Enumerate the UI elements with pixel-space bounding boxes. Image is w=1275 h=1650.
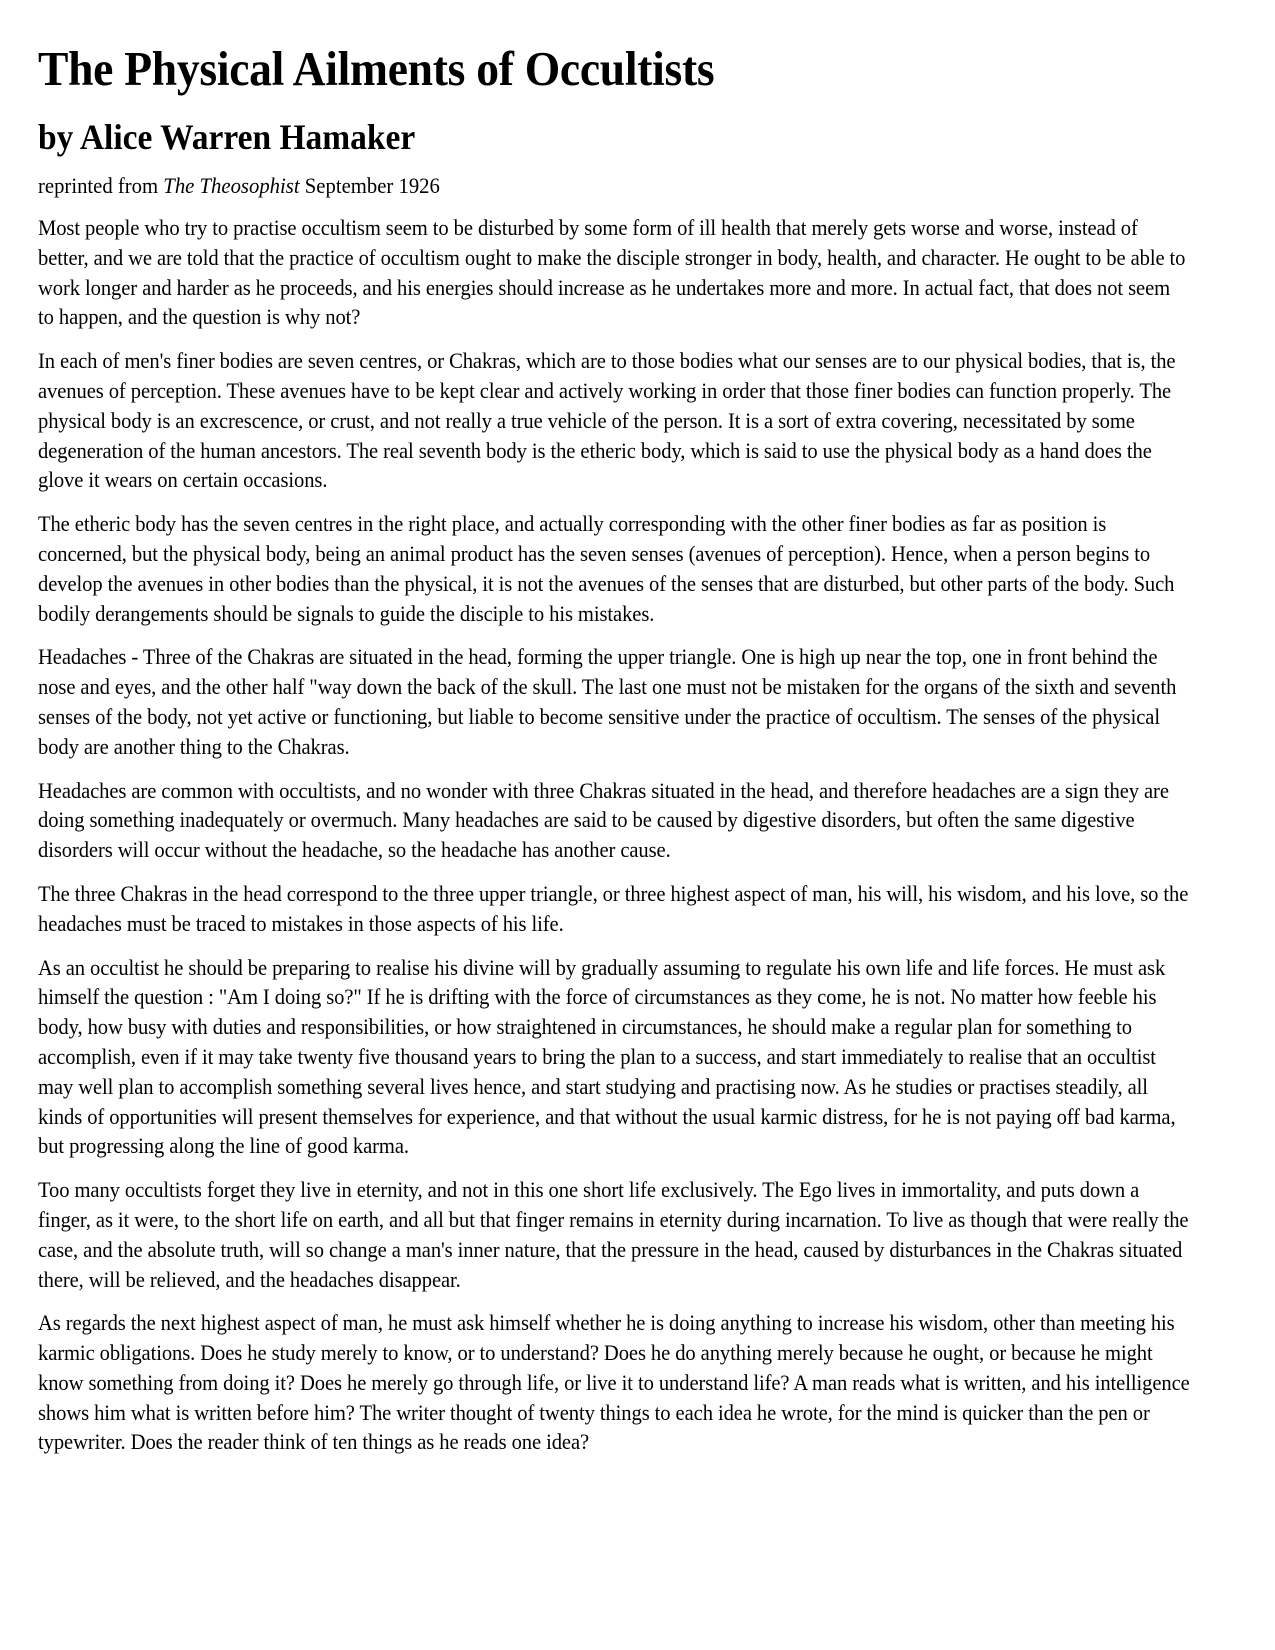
source-date: September 1926 (305, 173, 440, 198)
article-body: Most people who try to practise occultis… (38, 213, 1191, 1457)
paragraph: In each of men's finer bodies are seven … (38, 346, 1191, 495)
source-publication: The Theosophist (163, 173, 299, 198)
document-page: The Physical Ailments of Occultists by A… (0, 0, 1275, 1457)
paragraph: As an occultist he should be preparing t… (38, 953, 1191, 1162)
source-prefix: reprinted from (38, 173, 158, 198)
paragraph: Most people who try to practise occultis… (38, 213, 1191, 332)
source-citation: reprinted from The Theosophist September… (38, 171, 1139, 201)
paragraph: The three Chakras in the head correspond… (38, 879, 1191, 939)
paragraph: Headaches - Three of the Chakras are sit… (38, 642, 1191, 761)
paragraph: Too many occultists forget they live in … (38, 1175, 1191, 1294)
article-byline: by Alice Warren Hamaker (38, 119, 1151, 155)
paragraph: As regards the next highest aspect of ma… (38, 1308, 1191, 1457)
article-title: The Physical Ailments of Occultists (38, 44, 1151, 93)
paragraph: Headaches are common with occultists, an… (38, 776, 1191, 865)
paragraph: The etheric body has the seven centres i… (38, 509, 1191, 628)
